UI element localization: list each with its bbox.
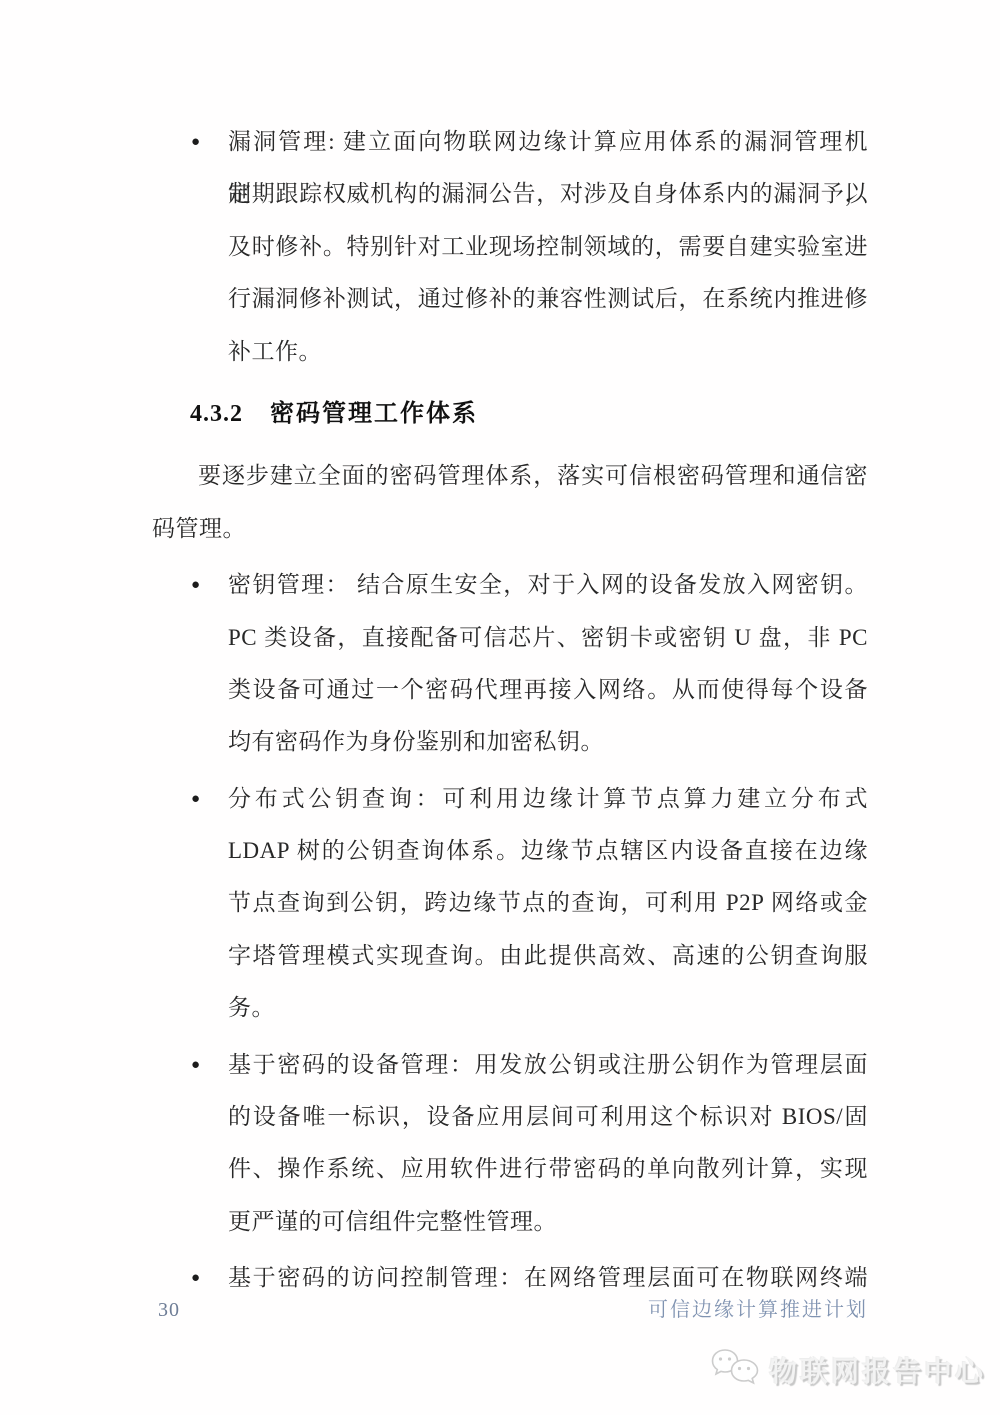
bullet-line: 类设备可通过一个密码代理再接入网络。从而使得每个设备 xyxy=(228,664,868,716)
bullet-line: 字塔管理模式实现查询。由此提供高效、高速的公钥查询服 xyxy=(228,930,868,982)
bullet-line: 更严谨的可信组件完整性管理。 xyxy=(228,1196,868,1248)
section-heading: 4.3.2密码管理工作体系 xyxy=(190,388,868,440)
bullet-password-device-management: ● 基于密码的设备管理：用发放公钥或注册公钥作为管理层面 的设备唯一标识，设备应… xyxy=(152,1039,868,1249)
bullet-line: LDAP 树的公钥查询体系。边缘节点辖区内设备直接在边缘 xyxy=(228,825,868,877)
bullet-line: 补工作。 xyxy=(228,326,868,378)
paragraph-line: 码管理。 xyxy=(152,503,868,555)
section-title: 密码管理工作体系 xyxy=(270,388,478,440)
page-content: ● 漏洞管理: 建立面向物联网边缘计算应用体系的漏洞管理机制， 定期跟踪权威机构… xyxy=(152,116,868,1309)
bullet-line: 分布式公钥查询：可利用边缘计算节点算力建立分布式 xyxy=(228,773,868,825)
bullet-line: 基于密码的设备管理：用发放公钥或注册公钥作为管理层面 xyxy=(228,1039,868,1091)
watermark-text: 物联网报告中心 xyxy=(769,1350,986,1390)
bullet-line: 密钥管理： 结合原生安全，对于入网的设备发放入网密钥。 xyxy=(228,559,868,611)
bullet-line: 件、操作系统、应用软件进行带密码的单向散列计算，实现 xyxy=(228,1143,868,1195)
section-number: 4.3.2 xyxy=(190,388,243,440)
bullet-line: 均有密码作为身份鉴别和加密私钥。 xyxy=(228,716,868,768)
bullet-line: PC 类设备，直接配备可信芯片、密钥卡或密钥 U 盘，非 PC xyxy=(228,612,868,664)
footer-doc-title: 可信边缘计算推进计划 xyxy=(648,1293,868,1322)
page-number: 30 xyxy=(152,1299,180,1322)
bullet-dot-icon: ● xyxy=(152,116,228,378)
wechat-chat-bubbles-icon xyxy=(711,1348,761,1392)
bullet-dot-icon: ● xyxy=(152,1039,228,1249)
bullet-vulnerability-management: ● 漏洞管理: 建立面向物联网边缘计算应用体系的漏洞管理机制， 定期跟踪权威机构… xyxy=(152,116,868,378)
paragraph-line: 要逐步建立全面的密码管理体系，落实可信根密码管理和通信密 xyxy=(152,450,868,502)
bullet-dot-icon: ● xyxy=(152,773,228,1035)
bullet-line: 及时修补。特别针对工业现场控制领域的，需要自建实验室进 xyxy=(228,221,868,273)
bullet-line: 务。 xyxy=(228,982,868,1034)
bullet-line: 的设备唯一标识，设备应用层间可利用这个标识对 BIOS/固 xyxy=(228,1091,868,1143)
document-page: ● 漏洞管理: 建立面向物联网边缘计算应用体系的漏洞管理机制， 定期跟踪权威机构… xyxy=(0,0,1000,1415)
page-footer: 30 可信边缘计算推进计划 xyxy=(152,1293,868,1322)
intro-paragraph: 要逐步建立全面的密码管理体系，落实可信根密码管理和通信密 码管理。 xyxy=(152,450,868,555)
bullet-dot-icon: ● xyxy=(152,559,228,769)
bullet-distributed-pubkey-query: ● 分布式公钥查询：可利用边缘计算节点算力建立分布式 LDAP 树的公钥查询体系… xyxy=(152,773,868,1035)
watermark: 物联网报告中心 xyxy=(711,1348,986,1392)
bullet-key-management: ● 密钥管理： 结合原生安全，对于入网的设备发放入网密钥。 PC 类设备，直接配… xyxy=(152,559,868,769)
bullet-line: 行漏洞修补测试，通过修补的兼容性测试后，在系统内推进修 xyxy=(228,273,868,325)
bullet-line: 漏洞管理: 建立面向物联网边缘计算应用体系的漏洞管理机制， xyxy=(228,116,868,168)
bullet-line: 节点查询到公钥，跨边缘节点的查询，可利用 P2P 网络或金 xyxy=(228,877,868,929)
bullet-line: 定期跟踪权威机构的漏洞公告，对涉及自身体系内的漏洞予以 xyxy=(228,168,868,220)
